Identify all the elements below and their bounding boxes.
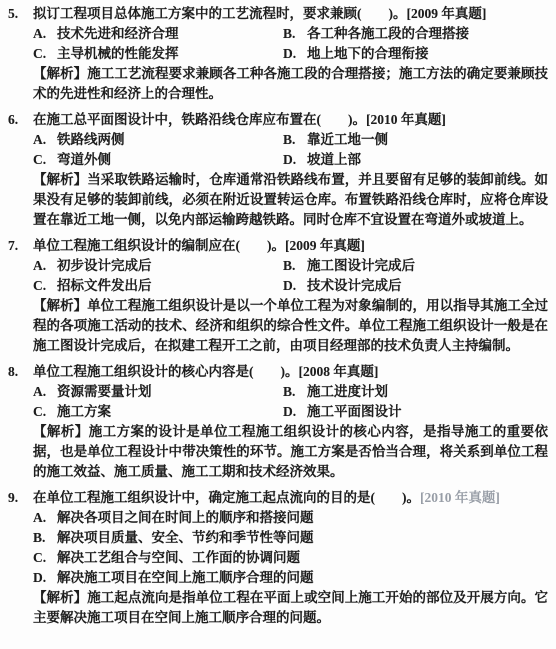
option-text: 初步设计完成后 [57, 256, 283, 276]
option-row: C.解决工艺组合与空间、工作面的协调问题 [33, 548, 548, 568]
option-row: B.各工种各施工段的合理搭接 [283, 24, 548, 44]
question-stem: 单位工程施工组织设计的核心内容是( )。[2008 年真题] [33, 362, 548, 382]
options-grid: A.技术先进和经济合理 B.各工种各施工段的合理搭接 C.主导机械的性能发挥 D… [33, 24, 548, 64]
question-number: 5. [8, 4, 33, 24]
option-row: D.解决施工项目在空间上施工顺序合理的问题 [33, 568, 548, 588]
analysis-label: 【解析】 [33, 298, 87, 313]
question-number: 9. [8, 488, 33, 508]
option-label: A. [33, 24, 57, 44]
option-label: B. [283, 130, 307, 150]
question-header: 6. 在施工总平面图设计中，铁路沿线仓库应布置在( )。[2010 年真题] [8, 110, 548, 130]
question-source: [2010 年真题] [420, 490, 500, 505]
analysis-label: 【解析】 [33, 66, 87, 81]
question-header: 9. 在单位工程施工组织设计中，确定施工起点流向的目的是( )。[2010 年真… [8, 488, 548, 508]
question-block: 6. 在施工总平面图设计中，铁路沿线仓库应布置在( )。[2010 年真题] A… [8, 110, 548, 230]
option-label: C. [33, 150, 57, 170]
analysis-paragraph: 【解析】当采取铁路运输时，仓库通常沿铁路线布置，并且要留有足够的装卸前线。如果没… [33, 170, 548, 230]
option-label: A. [33, 130, 57, 150]
options-grid: A.铁路线两侧 B.靠近工地一侧 C.弯道外侧 D.坡道上部 [33, 130, 548, 170]
options-grid: A.初步设计完成后 B.施工图设计完成后 C.招标文件发出后 D.技术设计完成后 [33, 256, 548, 296]
option-label: A. [33, 508, 57, 528]
analysis-label: 【解析】 [33, 172, 87, 187]
option-text: 施工图设计完成后 [307, 256, 548, 276]
option-label: B. [283, 382, 307, 402]
question-block: 5. 拟订工程项目总体施工方案中的工艺流程时，要求兼顾( )。[2009 年真题… [8, 4, 548, 104]
option-label: A. [33, 256, 57, 276]
analysis-label: 【解析】 [33, 590, 87, 605]
question-stem-text: 在施工总平面图设计中，铁路沿线仓库应布置在( )。 [33, 112, 366, 127]
question-source: [2009 年真题] [285, 238, 365, 253]
option-text: 招标文件发出后 [57, 276, 283, 296]
option-row: B.施工图设计完成后 [283, 256, 548, 276]
question-stem: 在施工总平面图设计中，铁路沿线仓库应布置在( )。[2010 年真题] [33, 110, 548, 130]
option-text: 解决施工项目在空间上施工顺序合理的问题 [57, 568, 548, 588]
option-row: C.施工方案 [33, 402, 283, 422]
question-header: 8. 单位工程施工组织设计的核心内容是( )。[2008 年真题] [8, 362, 548, 382]
option-label: D. [283, 44, 307, 64]
option-label: A. [33, 382, 57, 402]
option-text: 主导机械的性能发挥 [57, 44, 283, 64]
option-text: 弯道外侧 [57, 150, 283, 170]
option-row: B.施工进度计划 [283, 382, 548, 402]
option-row: A.铁路线两侧 [33, 130, 283, 150]
option-row: D.技术设计完成后 [283, 276, 548, 296]
question-block: 8. 单位工程施工组织设计的核心内容是( )。[2008 年真题] A.资源需要… [8, 362, 548, 482]
option-text: 靠近工地一侧 [307, 130, 548, 150]
option-text: 解决各项目之间在时间上的顺序和搭接问题 [57, 508, 548, 528]
question-stem: 单位工程施工组织设计的编制应在( )。[2009 年真题] [33, 236, 548, 256]
analysis-paragraph: 【解析】施工工艺流程要求兼顾各工种各施工段的合理搭接；施工方法的确定要兼顾技术的… [33, 64, 548, 104]
option-text: 施工进度计划 [307, 382, 548, 402]
option-row: C.招标文件发出后 [33, 276, 283, 296]
option-row: A.技术先进和经济合理 [33, 24, 283, 44]
question-source: [2009 年真题] [407, 6, 487, 21]
question-source: [2010 年真题] [366, 112, 446, 127]
option-text: 地上地下的合理衔接 [307, 44, 548, 64]
analysis-text: 施工方案的设计是单位工程施工组织设计的核心内容，是指导施工的重要依据，也是单位工… [33, 424, 548, 479]
option-label: D. [283, 276, 307, 296]
question-block: 9. 在单位工程施工组织设计中，确定施工起点流向的目的是( )。[2010 年真… [8, 488, 548, 628]
analysis-text: 单位工程施工组织设计是以一个单位工程为对象编制的，用以指导其施工全过程的各项施工… [33, 298, 548, 353]
analysis-text: 当采取铁路运输时，仓库通常沿铁路线布置，并且要留有足够的装卸前线。如果没有足够的… [33, 172, 548, 227]
option-text: 技术设计完成后 [307, 276, 548, 296]
analysis-text: 施工工艺流程要求兼顾各工种各施工段的合理搭接；施工方法的确定要兼顾技术的先进性和… [33, 66, 548, 101]
option-row: A.资源需要量计划 [33, 382, 283, 402]
option-text: 资源需要量计划 [57, 382, 283, 402]
option-row: D.地上地下的合理衔接 [283, 44, 548, 64]
option-row: D.施工平面图设计 [283, 402, 548, 422]
option-label: C. [33, 44, 57, 64]
option-row: C.主导机械的性能发挥 [33, 44, 283, 64]
option-text: 坡道上部 [307, 150, 548, 170]
options-list: A.解决各项目之间在时间上的顺序和搭接问题 B.解决项目质量、安全、节约和季节性… [33, 508, 548, 588]
option-label: B. [33, 528, 57, 548]
exam-question-page: 5. 拟订工程项目总体施工方案中的工艺流程时，要求兼顾( )。[2009 年真题… [0, 0, 556, 636]
option-text: 铁路线两侧 [57, 130, 283, 150]
option-text: 解决工艺组合与空间、工作面的协调问题 [57, 548, 548, 568]
option-row: C.弯道外侧 [33, 150, 283, 170]
option-label: B. [283, 256, 307, 276]
question-number: 6. [8, 110, 33, 130]
analysis-text: 施工起点流向是指单位工程在平面上或空间上施工开始的部位及开展方向。它主要解决施工… [33, 590, 548, 625]
option-text: 解决项目质量、安全、节约和季节性等问题 [57, 528, 548, 548]
option-label: C. [33, 548, 57, 568]
question-stem: 拟订工程项目总体施工方案中的工艺流程时，要求兼顾( )。[2009 年真题] [33, 4, 548, 24]
option-label: C. [33, 276, 57, 296]
question-stem-text: 单位工程施工组织设计的编制应在( )。 [33, 238, 285, 253]
question-stem-text: 在单位工程施工组织设计中，确定施工起点流向的目的是( )。 [33, 490, 420, 505]
question-number: 7. [8, 236, 33, 256]
option-row: B.靠近工地一侧 [283, 130, 548, 150]
option-label: B. [283, 24, 307, 44]
option-text: 施工方案 [57, 402, 283, 422]
option-row: B.解决项目质量、安全、节约和季节性等问题 [33, 528, 548, 548]
question-header: 5. 拟订工程项目总体施工方案中的工艺流程时，要求兼顾( )。[2009 年真题… [8, 4, 548, 24]
option-row: A.初步设计完成后 [33, 256, 283, 276]
analysis-label: 【解析】 [33, 424, 89, 439]
analysis-paragraph: 【解析】单位工程施工组织设计是以一个单位工程为对象编制的，用以指导其施工全过程的… [33, 296, 548, 356]
options-grid: A.资源需要量计划 B.施工进度计划 C.施工方案 D.施工平面图设计 [33, 382, 548, 422]
option-row: A.解决各项目之间在时间上的顺序和搭接问题 [33, 508, 548, 528]
option-label: C. [33, 402, 57, 422]
option-row: D.坡道上部 [283, 150, 548, 170]
question-block: 7. 单位工程施工组织设计的编制应在( )。[2009 年真题] A.初步设计完… [8, 236, 548, 356]
analysis-paragraph: 【解析】施工起点流向是指单位工程在平面上或空间上施工开始的部位及开展方向。它主要… [33, 588, 548, 628]
question-header: 7. 单位工程施工组织设计的编制应在( )。[2009 年真题] [8, 236, 548, 256]
question-stem-text: 单位工程施工组织设计的核心内容是( )。 [33, 364, 299, 379]
question-stem-text: 拟订工程项目总体施工方案中的工艺流程时，要求兼顾( )。 [33, 6, 407, 21]
question-stem: 在单位工程施工组织设计中，确定施工起点流向的目的是( )。[2010 年真题] [33, 488, 548, 508]
analysis-paragraph: 【解析】施工方案的设计是单位工程施工组织设计的核心内容，是指导施工的重要依据，也… [33, 422, 548, 482]
option-text: 施工平面图设计 [307, 402, 548, 422]
option-text: 技术先进和经济合理 [57, 24, 283, 44]
option-text: 各工种各施工段的合理搭接 [307, 24, 548, 44]
question-number: 8. [8, 362, 33, 382]
option-label: D. [283, 150, 307, 170]
option-label: D. [33, 568, 57, 588]
option-label: D. [283, 402, 307, 422]
question-source: [2008 年真题] [299, 364, 379, 379]
